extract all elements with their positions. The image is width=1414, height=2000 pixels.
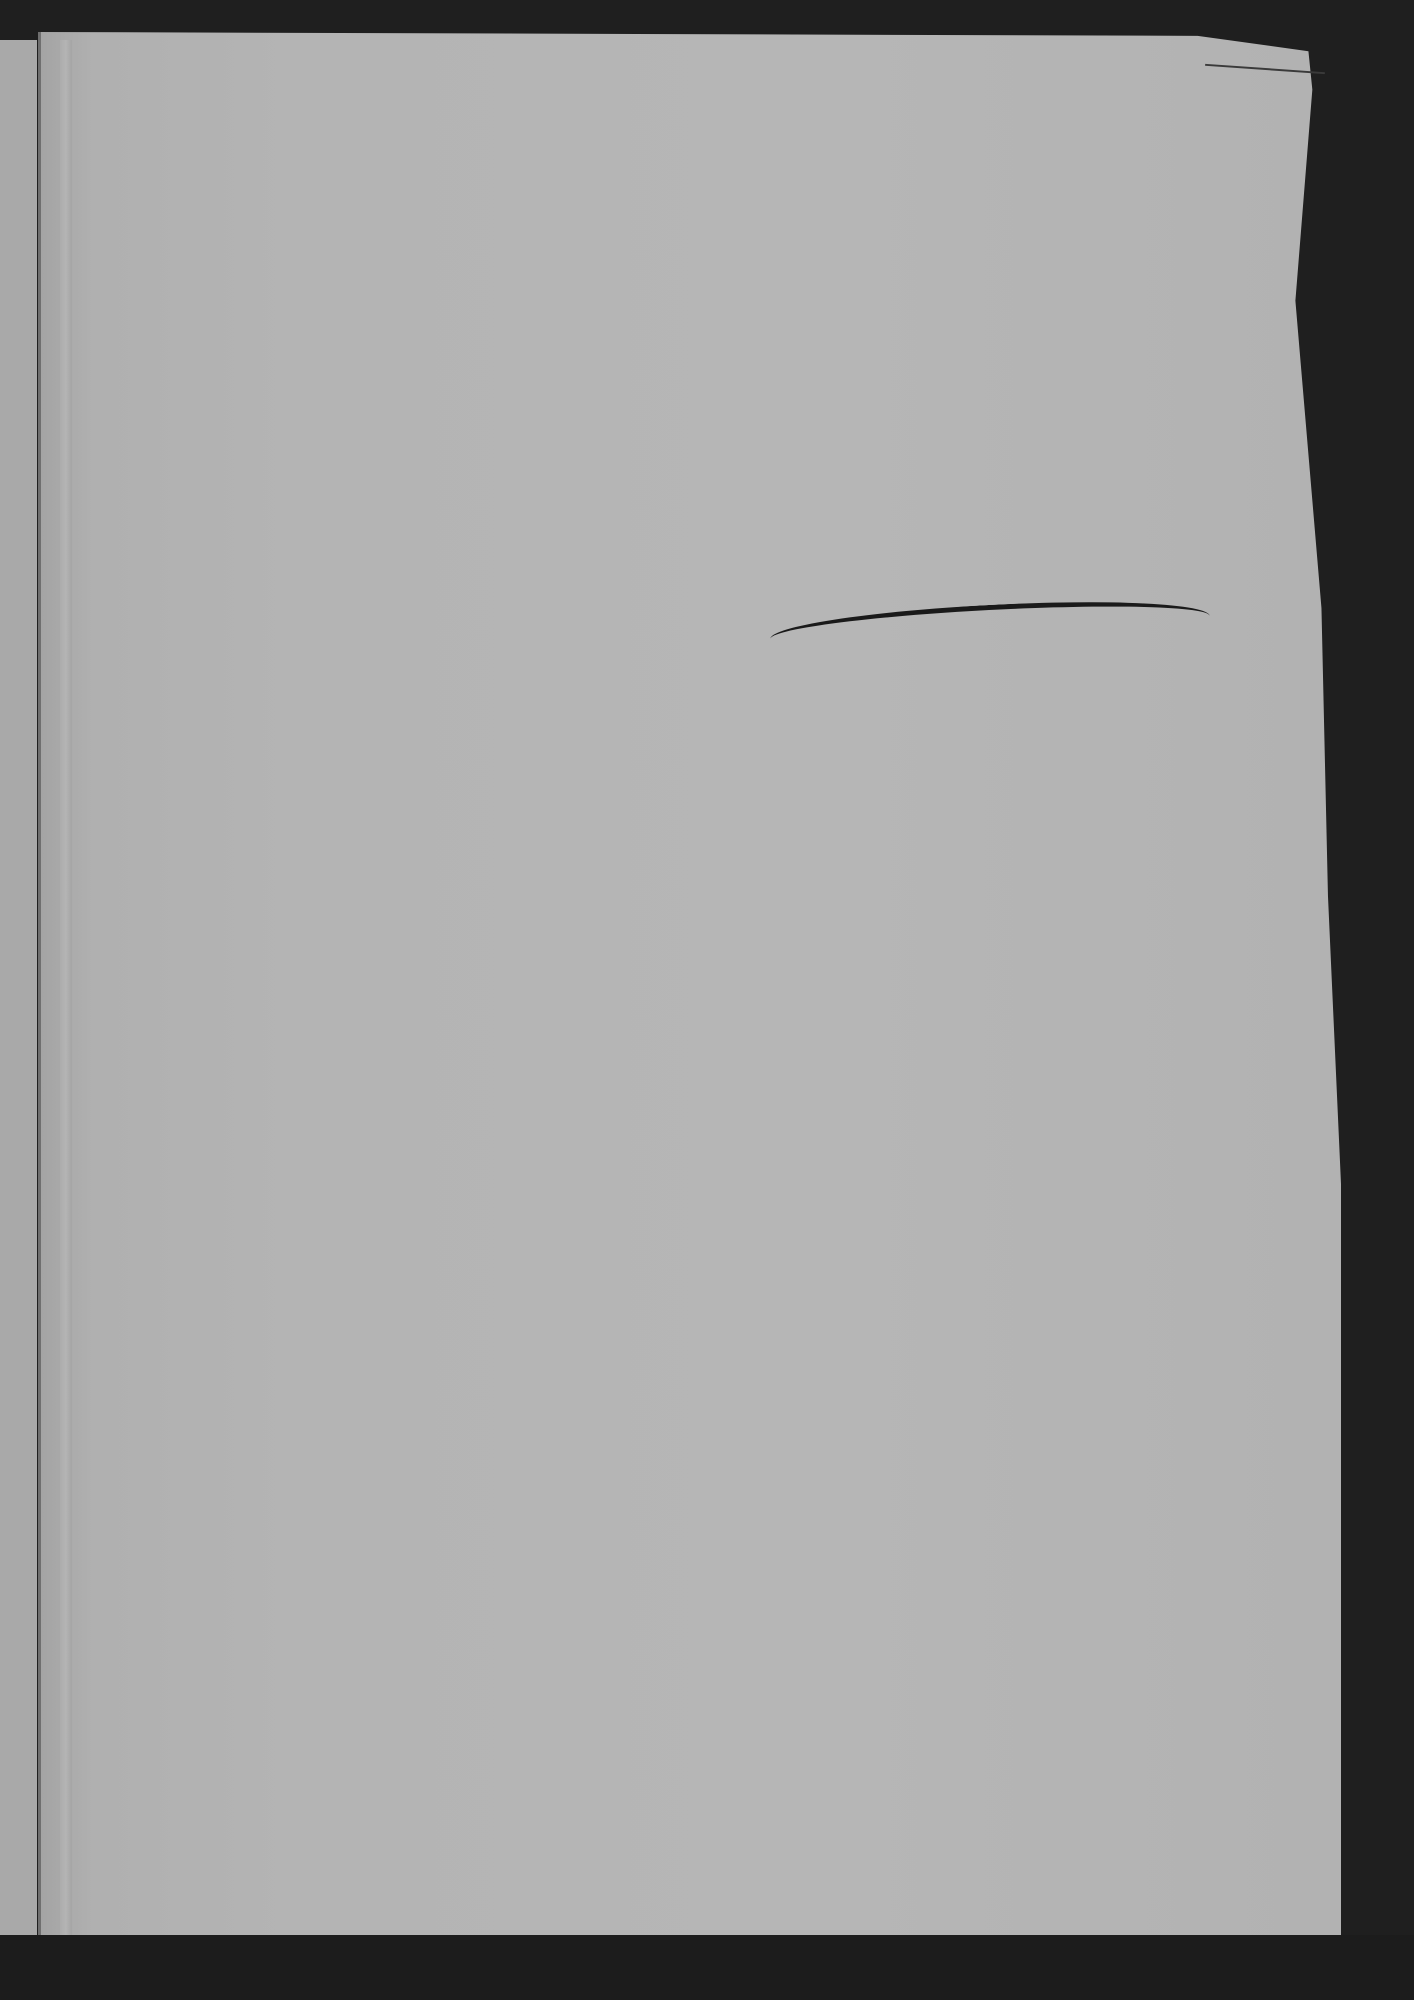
manuscript-page [38, 32, 1341, 1952]
scan-background [0, 1935, 1414, 2000]
page-fold [60, 40, 72, 1940]
manuscript-scan [0, 0, 1414, 2000]
facing-page-edge [0, 40, 37, 1945]
